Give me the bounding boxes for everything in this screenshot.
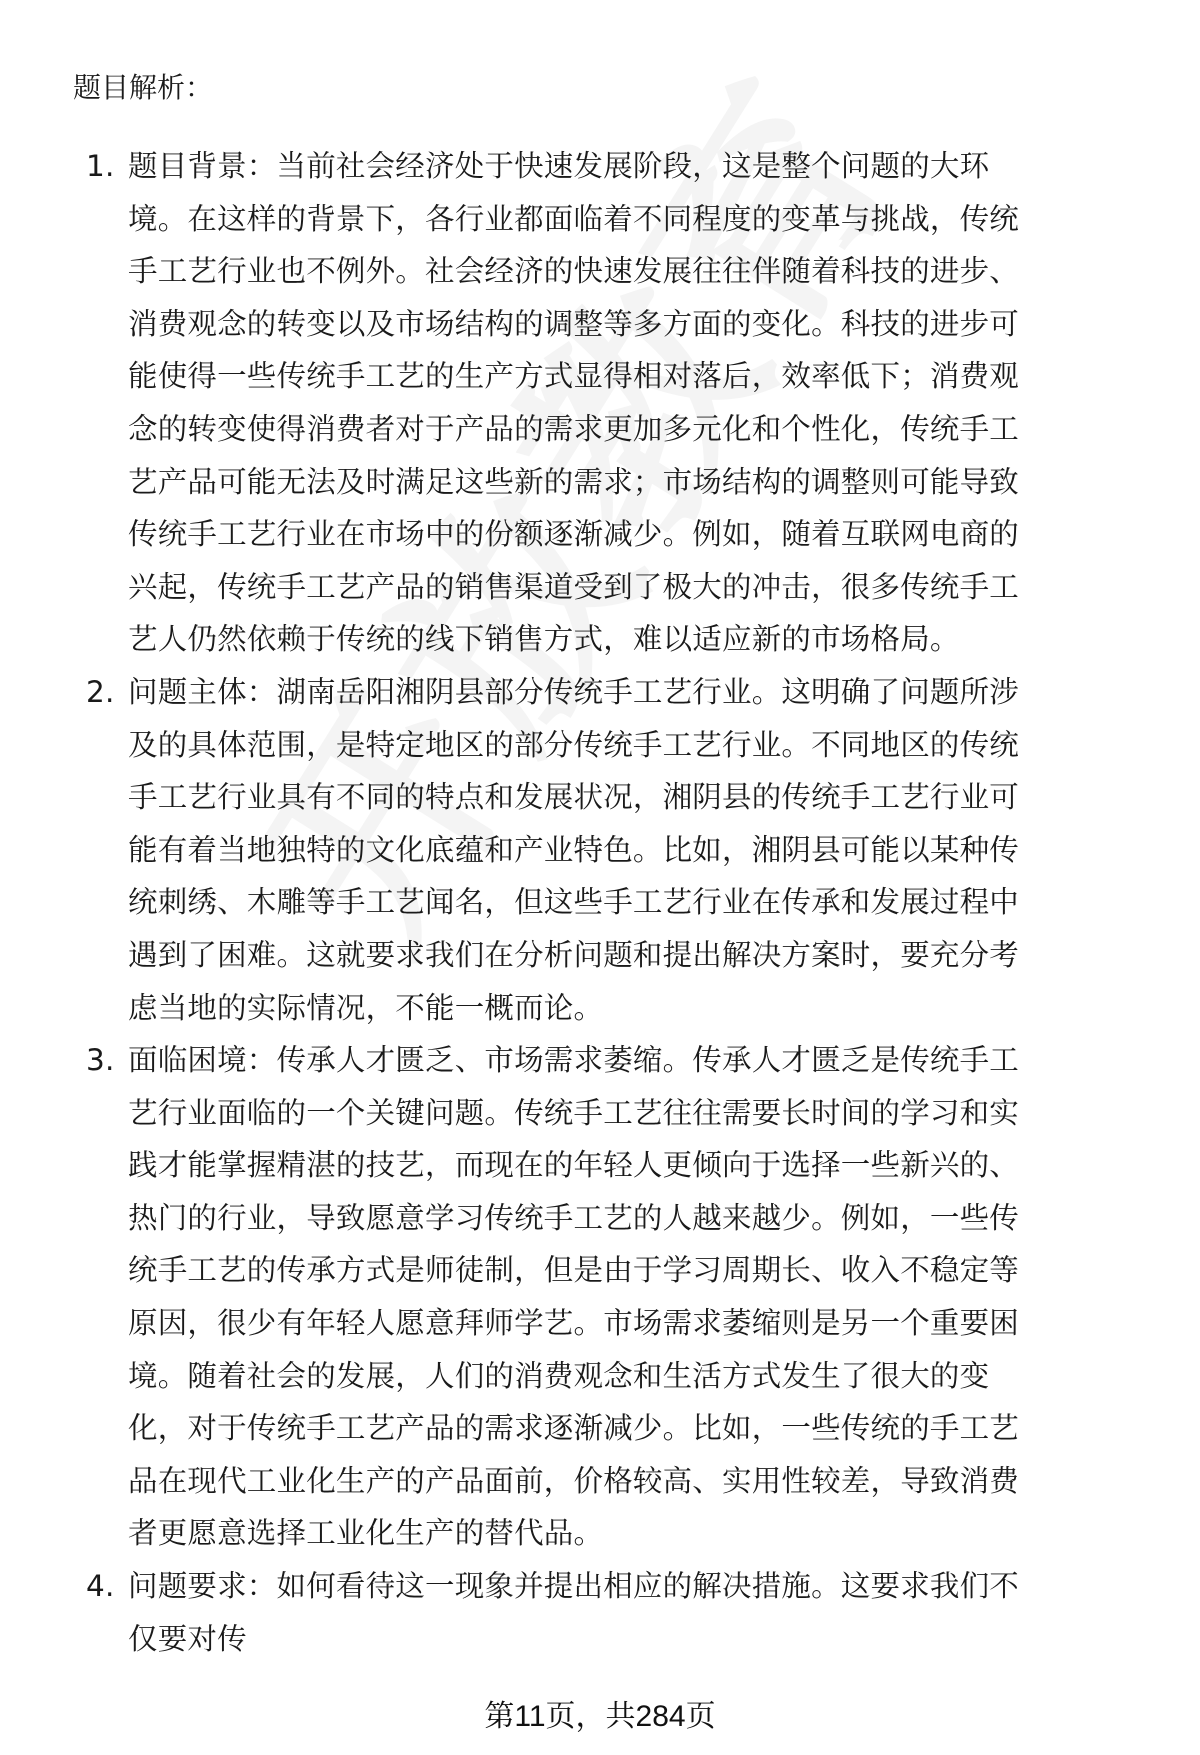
list-item: 1. 题目背景：当前社会经济处于快速发展阶段，这是整个问题的大环境。在这样的背景… <box>0 140 1033 666</box>
list-item: 3. 面临困境：传承人才匮乏、市场需求萎缩。传承人才匮乏是传统手工艺行业面临的一… <box>0 1034 1033 1560</box>
page-indicator: 第11页，共284页 <box>0 1697 1200 1737</box>
list-item-text: 问题主体：湖南岳阳湘阴县部分传统手工艺行业。这明确了问题所涉及的具体范围，是特定… <box>128 675 1019 1025</box>
list-item-number: 3. <box>86 1034 115 1087</box>
list-item-number: 2. <box>86 666 115 719</box>
list-item-text: 面临困境：传承人才匮乏、市场需求萎缩。传承人才匮乏是传统手工艺行业面临的一个关键… <box>128 1043 1019 1550</box>
list-item: 4. 问题要求：如何看待这一现象并提出相应的解决措施。这要求我们不仅要对传 <box>0 1560 1033 1665</box>
list-item-text: 题目背景：当前社会经济处于快速发展阶段，这是整个问题的大环境。在这样的背景下，各… <box>128 149 1019 656</box>
list-item-number: 4. <box>86 1560 115 1613</box>
section-heading: 题目解析： <box>73 68 213 108</box>
list-item-text: 问题要求：如何看待这一现象并提出相应的解决措施。这要求我们不仅要对传 <box>128 1569 1019 1656</box>
list-item-number: 1. <box>86 140 115 193</box>
analysis-list: 1. 题目背景：当前社会经济处于快速发展阶段，这是整个问题的大环境。在这样的背景… <box>0 140 1200 1665</box>
list-item: 2. 问题主体：湖南岳阳湘阴县部分传统手工艺行业。这明确了问题所涉及的具体范围，… <box>0 666 1033 1034</box>
